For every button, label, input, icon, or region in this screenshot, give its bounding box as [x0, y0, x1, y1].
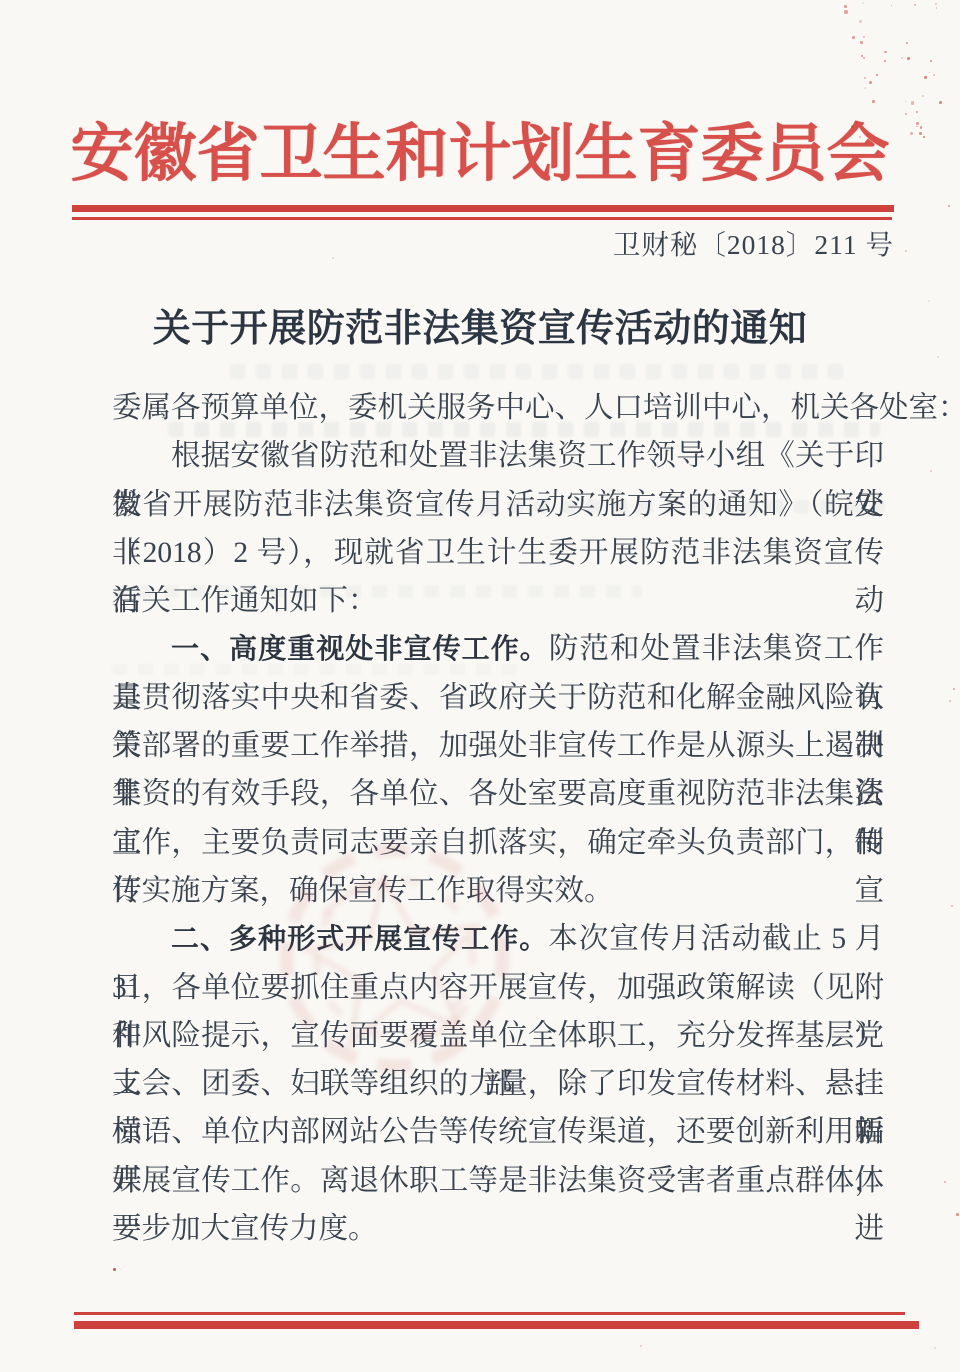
noise-dot — [929, 72, 930, 73]
body-text: 传实施方案，确保宣传工作取得实效。 — [112, 875, 614, 907]
noise-dot — [844, 10, 847, 13]
noise-dot — [914, 4, 916, 6]
noise-dot — [905, 101, 907, 103]
letterhead-org-name: 安徽省卫生和计划生育委员会 — [0, 118, 960, 190]
noise-dot — [863, 36, 865, 38]
body-text: 一步加大宣传力度。 — [112, 1213, 378, 1245]
noise-dot — [930, 60, 932, 62]
noise-dot — [951, 905, 953, 907]
noise-dot — [891, 5, 892, 6]
noise-dot — [861, 55, 862, 56]
noise-dot — [863, 57, 865, 59]
noise-dot — [907, 57, 910, 60]
document-page: 安徽省卫生和计划生育委员会 卫财秘〔2018〕211 号 关于开展防范非法集资宣… — [0, 0, 960, 1372]
body-line: 标语、单位内部网站公告等传统宣传渠道，还要创新利用新媒体 — [112, 1108, 884, 1156]
noise-dot — [844, 5, 847, 8]
body-lines: 委属各预算单位，委机关服务中心、人口培训中心，机关各处室：根据安徽省防范和处置非… — [112, 384, 884, 1253]
noise-dot — [876, 74, 878, 76]
noise-dot — [884, 51, 887, 54]
body-text: 委属各预算单位，委机关服务中心、人口培训中心，机关各处室： — [112, 392, 960, 424]
body-text: 有关工作通知如下： — [112, 585, 378, 617]
noise-dot — [862, 2, 863, 3]
noise-dot — [869, 81, 872, 84]
noise-dot — [901, 57, 903, 59]
noise-dot — [930, 470, 932, 472]
body-line: 工会、团委、妇联等组织的力量，除了印发宣传材料、悬挂横幅 — [112, 1060, 884, 1108]
body-line: 和风险提示，宣传面要覆盖单位全体职工，充分发挥基层党支部、 — [112, 1012, 884, 1060]
noise-dot — [864, 87, 866, 89]
footer-rule-thin — [74, 1312, 905, 1315]
body-line: 二、多种形式开展宣传工作。本次宣传月活动截止 5 月 31 — [112, 915, 884, 963]
noise-dot — [884, 60, 886, 62]
noise-dot — [956, 1213, 959, 1216]
document-title: 关于开展防范非法集资宣传活动的通知 — [0, 297, 960, 352]
noise-dot — [905, 113, 907, 115]
noise-dot — [911, 101, 914, 104]
noise-dot — [936, 7, 937, 8]
body-line: 委属各预算单位，委机关服务中心、人口培训中心，机关各处室： — [112, 384, 884, 432]
body-line: 一、高度重视处非宣传工作。防范和处置非法集资工作是认 — [112, 625, 884, 673]
section-heading: 一、高度重视处非宣传工作。 — [171, 633, 549, 664]
body-line: （2018）2 号），现就省卫生计生委开展防范非法集资宣传活动 — [112, 529, 884, 577]
body-line: 策部署的重要工作举措，加强处非宣传工作是从源头上遏制非法 — [112, 722, 884, 770]
noise-dot — [864, 77, 866, 79]
noise-dot — [937, 356, 939, 358]
noise-dot — [944, 1181, 946, 1183]
noise-dot — [916, 111, 918, 113]
footer-rule-thick — [74, 1321, 919, 1329]
body-line: 开展宣传工作。离退休职工等是非法集资受害者重点群体，要进 — [112, 1157, 884, 1205]
noise-dot — [905, 250, 907, 252]
noise-dot — [640, 1345, 642, 1347]
noise-dot — [872, 100, 875, 103]
body-line: 日，各单位要抓住重点内容开展宣传，加强政策解读（见附件） — [112, 964, 884, 1012]
letterhead-rule-thin — [72, 217, 892, 220]
noise-dot — [926, 76, 928, 78]
noise-dot — [948, 205, 950, 207]
body-line: 工作，主要负责同志要亲自抓落实，确定牵头负责部门，制订宣 — [112, 819, 884, 867]
section-heading: 二、多种形式开展宣传工作。 — [171, 923, 548, 954]
body-line: 根据安徽省防范和处置非法集资工作领导小组《关于印发安 — [112, 432, 884, 480]
noise-dot — [113, 1268, 116, 1271]
noise-dot — [332, 257, 334, 259]
noise-dot — [860, 41, 862, 43]
noise-dot — [906, 42, 908, 44]
body-line: 集资的有效手段，各单位、各处室要高度重视防范非法集资宣传 — [112, 770, 884, 818]
document-number: 卫财秘〔2018〕211 号 — [613, 222, 894, 262]
noise-dot — [933, 74, 936, 77]
noise-dot — [934, 1347, 936, 1349]
letterhead-rule-thick — [72, 205, 894, 212]
noise-dot — [922, 95, 924, 97]
noise-dot — [939, 101, 942, 104]
body-line: 真贯彻落实中央和省委、省政府关于防范和化解金融风险有关决 — [112, 674, 884, 722]
noise-dot — [953, 688, 955, 690]
body-line: 徽省开展防范非法集资宣传月活动实施方案的通知》（皖处非 — [112, 481, 884, 529]
noise-dot — [859, 20, 862, 23]
bleedthrough-ghost — [230, 364, 850, 379]
noise-dot — [949, 700, 951, 702]
noise-dot — [935, 3, 937, 5]
noise-dot — [924, 76, 927, 79]
noise-dot — [852, 36, 855, 39]
